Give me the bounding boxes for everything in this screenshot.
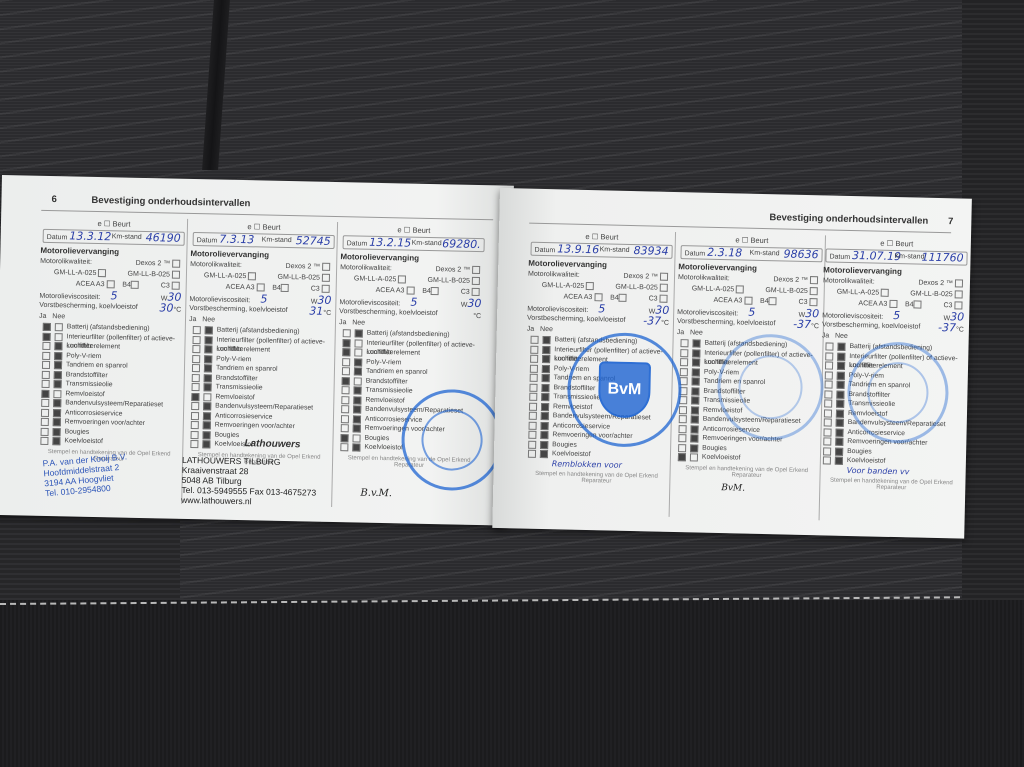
checkbox-nee [204,355,212,363]
datum-label: Datum [684,250,705,257]
checkbox-ja [341,415,349,423]
checkbox [106,280,114,288]
checkbox-nee [202,440,210,448]
label: C3 [798,299,807,306]
label: Motorolikwaliteit: [40,258,92,266]
checklist-item: Koelvloeistof [674,452,820,465]
checkbox-ja [680,368,688,376]
checkbox-ja [823,437,831,445]
item-label: Bandenvulsysteem/Reparatieset [215,403,313,412]
checkbox-ja [42,380,50,388]
checkbox-nee [203,431,211,439]
checkbox-nee [204,374,212,382]
checkbox-nee [540,440,548,448]
checkbox [744,297,752,305]
beurt-label: e ☐ Beurt [341,224,487,236]
checkbox-ja [529,421,537,429]
checkbox-nee [690,444,698,452]
km-label: Km-stand [894,251,924,264]
checkbox-nee [837,352,845,360]
label: Nee [690,329,703,336]
checkbox-nee [353,386,361,394]
checkbox-ja [824,409,832,417]
checkbox-ja [825,361,833,369]
checkbox [769,297,777,305]
checkbox-nee [542,374,550,382]
page-number: 6 [51,194,57,205]
checkbox-nee [835,438,843,446]
checkbox-ja [41,427,49,435]
checkbox [810,276,818,284]
checkbox-nee [691,387,699,395]
label: GM-LL-A-025 [354,275,397,283]
checkbox-ja [192,374,200,382]
checkbox-ja [529,393,537,401]
item-label: Luchtfilterelement [216,346,270,354]
checkbox-ja [825,380,833,388]
label: Nee [202,316,215,323]
checkbox [889,300,897,308]
service-date: 2.3.18 [707,246,742,260]
checkbox-ja [40,437,48,445]
page-header: Bevestiging onderhoudsintervallen [769,212,928,227]
date-km-field: Datum 13.2.15 Km-stand 69280. [343,235,485,252]
label: Vorstbescherming, koelvloeistof [527,315,626,324]
km-label: Km-stand [112,231,142,244]
label: Dexos 2 ™ [435,266,470,274]
checkbox-ja [191,402,199,410]
checkbox-ja [823,447,831,455]
label: Motorolikwaliteit: [190,261,242,269]
item-label: Brandstoffilter [66,371,108,379]
checkbox-nee [353,415,361,423]
checkbox-nee [203,393,211,401]
lathouwers-logo: Lathouwers [244,438,300,450]
checkbox-ja [678,453,686,461]
bvm-shield-logo: BvM [598,361,651,418]
checkbox-ja [824,418,832,426]
checkbox-ja [190,440,198,448]
checkbox-ja [680,358,688,366]
label: Nee [352,319,365,326]
service-date: 13.3.12 [69,229,111,243]
beurt-label: e ☐ Beurt [679,234,825,246]
item-label: Koelvloeistof [64,437,103,445]
checkbox-ja [41,389,49,397]
checkbox-ja [193,326,201,334]
checkbox-ja [529,412,537,420]
checkbox [172,260,180,268]
checkbox-nee [354,348,362,356]
label: GM-LL-A-025 [542,282,585,290]
label: Nee [540,326,553,333]
checkbox-nee [691,415,699,423]
label: B4 [272,285,281,292]
label: GM-LL-A-025 [54,269,97,277]
checkbox-ja [192,364,200,372]
checkbox [914,301,922,309]
service-date: 7.3.13 [219,233,254,247]
date-km-field: Datum 7.3.13 Km-stand 52745 [193,232,335,249]
label: GM-LL-B-025 [427,277,470,285]
item-label: Poly-V-riem [66,352,101,360]
checkbox-ja [43,323,51,331]
label: Motorolikwaliteit: [678,274,730,282]
label: GM-LL-B-025 [277,274,320,282]
label: Ja [677,329,685,336]
seat-cushion [0,600,1024,767]
checkbox-nee [353,396,361,404]
item-label: Remvoeringen voor/achter [65,418,145,427]
checkbox [736,286,744,294]
checkbox-ja [191,412,199,420]
checkbox [472,277,480,285]
item-label: Brandstoffilter [216,374,258,382]
label: ACEA A3 [563,293,592,301]
checkbox-ja [530,364,538,372]
item-label: Bougies [702,444,727,452]
label: C3 [161,282,170,289]
checkbox-nee [54,361,62,369]
item-label: Koelvloeistof [552,450,591,458]
label: Vorstbescherming, koelvloeistof [39,302,138,311]
checkbox-ja [824,399,832,407]
checkbox-ja [193,336,201,344]
item-label: Remvloeistof [65,390,104,398]
checkbox-nee [541,421,549,429]
checkbox-nee [352,434,360,442]
checkbox [955,291,963,299]
signature: BvM. [721,483,745,494]
service-date: 13.2.15 [369,236,411,250]
item-label: Bougies [365,434,390,442]
checkbox-ja [191,421,199,429]
checkbox-nee [54,342,62,350]
checkbox-nee [352,443,360,451]
label: Vorstbescherming, koelvloeistof [339,308,438,317]
checkbox [431,287,439,295]
beurt-label: e ☐ Beurt [529,231,675,243]
checkbox-nee [836,390,844,398]
checkbox-ja [680,339,688,347]
checkbox [248,272,256,280]
checkbox-nee [692,349,700,357]
checkbox-nee [204,383,212,391]
item-label: Bandenvulsysteem/Reparatieset [65,399,163,408]
checkbox [954,301,962,309]
checkbox-nee [540,450,548,458]
label: Ja [527,326,535,333]
checkbox-nee [837,371,845,379]
checkbox-nee [52,437,60,445]
checkbox-nee [836,409,844,417]
checkbox-ja [42,361,50,369]
checkbox-ja [340,434,348,442]
label: ACEA A3 [76,281,105,289]
label: Nee [835,333,848,340]
label: GM-LL-B-025 [615,284,658,292]
page-number: 7 [948,216,954,227]
signature: B.v.M. [360,488,392,500]
checkbox-nee [540,431,548,439]
checkbox-ja [678,444,686,452]
checkbox-ja [529,402,537,410]
label: ACEA A3 [713,297,742,305]
beurt-label: e ☐ Beurt [191,221,337,233]
item-label: Remvloeistof [215,393,254,401]
checkbox-nee [54,380,62,388]
item-label: Transmissieolie [366,387,413,395]
label: GM-LL-B-025 [910,290,953,298]
item-label: Transmissieolie [216,384,263,392]
checkbox [659,295,667,303]
stamp-note: Stempel en handtekening van de Opel Erke… [818,477,964,492]
date-km-field: Datum 13.9.16 Km-stand 83934 [530,242,672,259]
checkbox-nee [203,421,211,429]
item-label: Bougies [215,431,240,439]
item-label: Tandriem en spanrol [366,368,428,376]
checkbox-ja [530,374,538,382]
dealer-stamp-kooij: P.A. van der Kooij B.V. Hoofdmiddelstraa… [42,451,130,498]
checkbox-ja [192,383,200,391]
checkbox [281,284,289,292]
checkbox-nee [541,383,549,391]
checkbox [810,287,818,295]
odometer-reading: 111760 [921,252,963,265]
checkbox-ja [341,386,349,394]
item-label: Transmissieolie [66,380,113,388]
checkbox [472,288,480,296]
checkbox-ja [678,425,686,433]
checkbox [586,282,594,290]
label: Dexos 2 ™ [773,276,808,284]
label: GM-LL-A-025 [692,285,735,293]
label: ACEA A3 [376,287,405,295]
label: GM-LL-B-025 [765,287,808,295]
checkbox-nee [691,406,699,414]
checkbox-nee [542,336,550,344]
checkbox-ja [41,399,49,407]
checkbox-nee [691,396,699,404]
label: Motorolikwaliteit: [340,264,392,272]
km-label: Km-stand [749,248,779,261]
checkbox-ja [342,367,350,375]
checkbox-nee [354,358,362,366]
item-label: Tandriem en spanrol [66,361,128,369]
odometer-reading: 46190 [146,232,181,245]
checkbox-nee [541,393,549,401]
stamp-emblem [413,401,490,478]
checkbox-ja [825,371,833,379]
item-label: Remvoeringen voor/achter [215,422,295,431]
checkbox-ja [341,424,349,432]
km-label: Km-stand [262,234,292,247]
checkbox-nee [690,434,698,442]
checkbox-nee [204,364,212,372]
checkbox-nee [53,418,61,426]
seat-side-bolster [962,0,1024,620]
label: C3 [311,285,320,292]
checkbox-ja [528,440,536,448]
checkbox-ja [680,349,688,357]
label: Dexos 2 ™ [623,273,658,281]
checkbox-nee [54,371,62,379]
checkbox-nee [205,336,213,344]
checkbox-ja [530,345,538,353]
odometer-reading: 98636 [783,248,818,261]
checkbox [98,269,106,277]
service-date: 13.9.16 [557,242,599,256]
checkbox-ja [679,406,687,414]
checkbox-nee [692,368,700,376]
checkbox-ja [43,332,51,340]
label: C3 [943,302,952,309]
datum-label: Datum [535,247,556,254]
checkbox [131,281,139,289]
checkbox-nee [541,402,549,410]
checkbox-ja [342,348,350,356]
checkbox-ja [825,342,833,350]
datum-label: Datum [347,240,368,247]
checkbox-nee [542,355,550,363]
label: C3 [649,295,658,302]
checkbox-nee [205,326,213,334]
label: B4 [760,298,769,305]
checkbox-ja [41,408,49,416]
checkbox-nee [835,428,843,436]
item-label: Bougies [847,447,872,455]
label: Nee [52,313,65,320]
checkbox-ja [191,393,199,401]
item-label: Brandstoffilter [366,377,408,385]
date-km-field: Datum 31.07.19 Km-stand 111760 [825,248,967,265]
label: Ja [39,313,47,320]
checkbox-ja [824,390,832,398]
checkbox-ja [530,355,538,363]
checkbox-nee [203,402,211,410]
label: Vorstbescherming, koelvloeistof [189,305,288,314]
checkbox-ja [529,383,537,391]
checkbox-nee [542,346,550,354]
checkbox-ja [42,342,50,350]
checkbox [322,274,330,282]
km-label: Km-stand [599,244,629,257]
km-label: Km-stand [412,238,442,251]
checkbox-ja [823,456,831,464]
dealer-stamp-lathouwers: LATHOUWERS TILBURG Kraaivenstraat 28 504… [181,455,317,508]
datum-label: Datum [47,234,68,241]
checkbox-nee [836,400,844,408]
checkbox-nee [836,419,844,427]
checkbox-nee [353,405,361,413]
checkbox-nee [837,381,845,389]
checkbox-nee [692,377,700,385]
checkbox [881,289,889,297]
label: C3 [461,289,470,296]
stamp-emblem [867,361,929,423]
item-label: Bougies [552,441,577,449]
label: ACEA A3 [858,300,887,308]
label: GM-LL-A-025 [204,272,247,280]
checkbox-nee [53,409,61,417]
checkbox [660,273,668,281]
checkbox-ja [192,345,200,353]
checkbox [172,271,180,279]
stamp-note: Stempel en handtekening van de Opel Erke… [673,465,819,480]
checkbox-ja [528,431,536,439]
checkbox-nee [53,428,61,436]
item-label: Remvloeistof [365,396,404,404]
checkbox [955,280,963,288]
odometer-reading: 69280. [442,238,481,251]
checkbox-ja [341,405,349,413]
item-label: Koelvloeistof [364,444,403,452]
item-label: Koelvloeistof [847,457,886,465]
label: B4 [610,295,619,302]
label: Ja [189,316,197,323]
checkbox-ja [343,329,351,337]
checkbox-nee [203,412,211,420]
checkbox-ja [679,415,687,423]
label: Vorstbescherming, koelvloeistof [677,318,776,327]
item-label: Batterij (afstandsbediening) [67,323,150,332]
item-label: Koelvloeistof [702,454,741,462]
item-label: Batterij (afstandsbediening) [217,327,300,336]
checkbox-nee [692,339,700,347]
checkbox [322,285,330,293]
datum-label: Datum [829,253,850,260]
checkbox-nee [55,333,63,341]
checkbox-ja [342,339,350,347]
checkbox-ja [823,428,831,436]
checkbox [172,282,180,290]
checkbox-nee [837,343,845,351]
checkbox [406,287,414,295]
label: GM-LL-A-025 [837,289,880,297]
checkbox-ja [41,418,49,426]
checkbox-nee [354,339,362,347]
checkbox-nee [835,447,843,455]
checkbox-nee [53,390,61,398]
label: B4 [122,282,131,289]
page-header: Bevestiging onderhoudsintervallen [91,195,250,209]
checkbox-nee [354,377,362,385]
label: Ja [822,332,830,339]
checkbox-ja [340,443,348,451]
label: Vorstbescherming, koelvloeistof [822,321,921,330]
beurt-label: e ☐ Beurt [824,237,970,249]
item-label: Poly-V-riem [216,355,251,363]
item-label: Anticorrosieservice [65,409,123,417]
checkbox [322,263,330,271]
stamp-emblem [738,354,803,419]
checkbox-ja [530,336,538,344]
checkbox-nee [353,424,361,432]
label: Motorolikwaliteit: [528,271,580,279]
checkbox-ja [341,396,349,404]
checkbox-nee [354,367,362,375]
checkbox-ja [342,358,350,366]
checkbox-ja [192,355,200,363]
label: Motorolikwaliteit: [823,277,875,285]
checkbox-ja [678,434,686,442]
label: B4 [422,288,431,295]
label: Dexos 2 ™ [285,263,320,271]
item-label: Luchtfilterelement [66,342,120,350]
checkbox-nee [690,425,698,433]
checkbox-nee [53,399,61,407]
item-label: Bougies [65,428,90,436]
